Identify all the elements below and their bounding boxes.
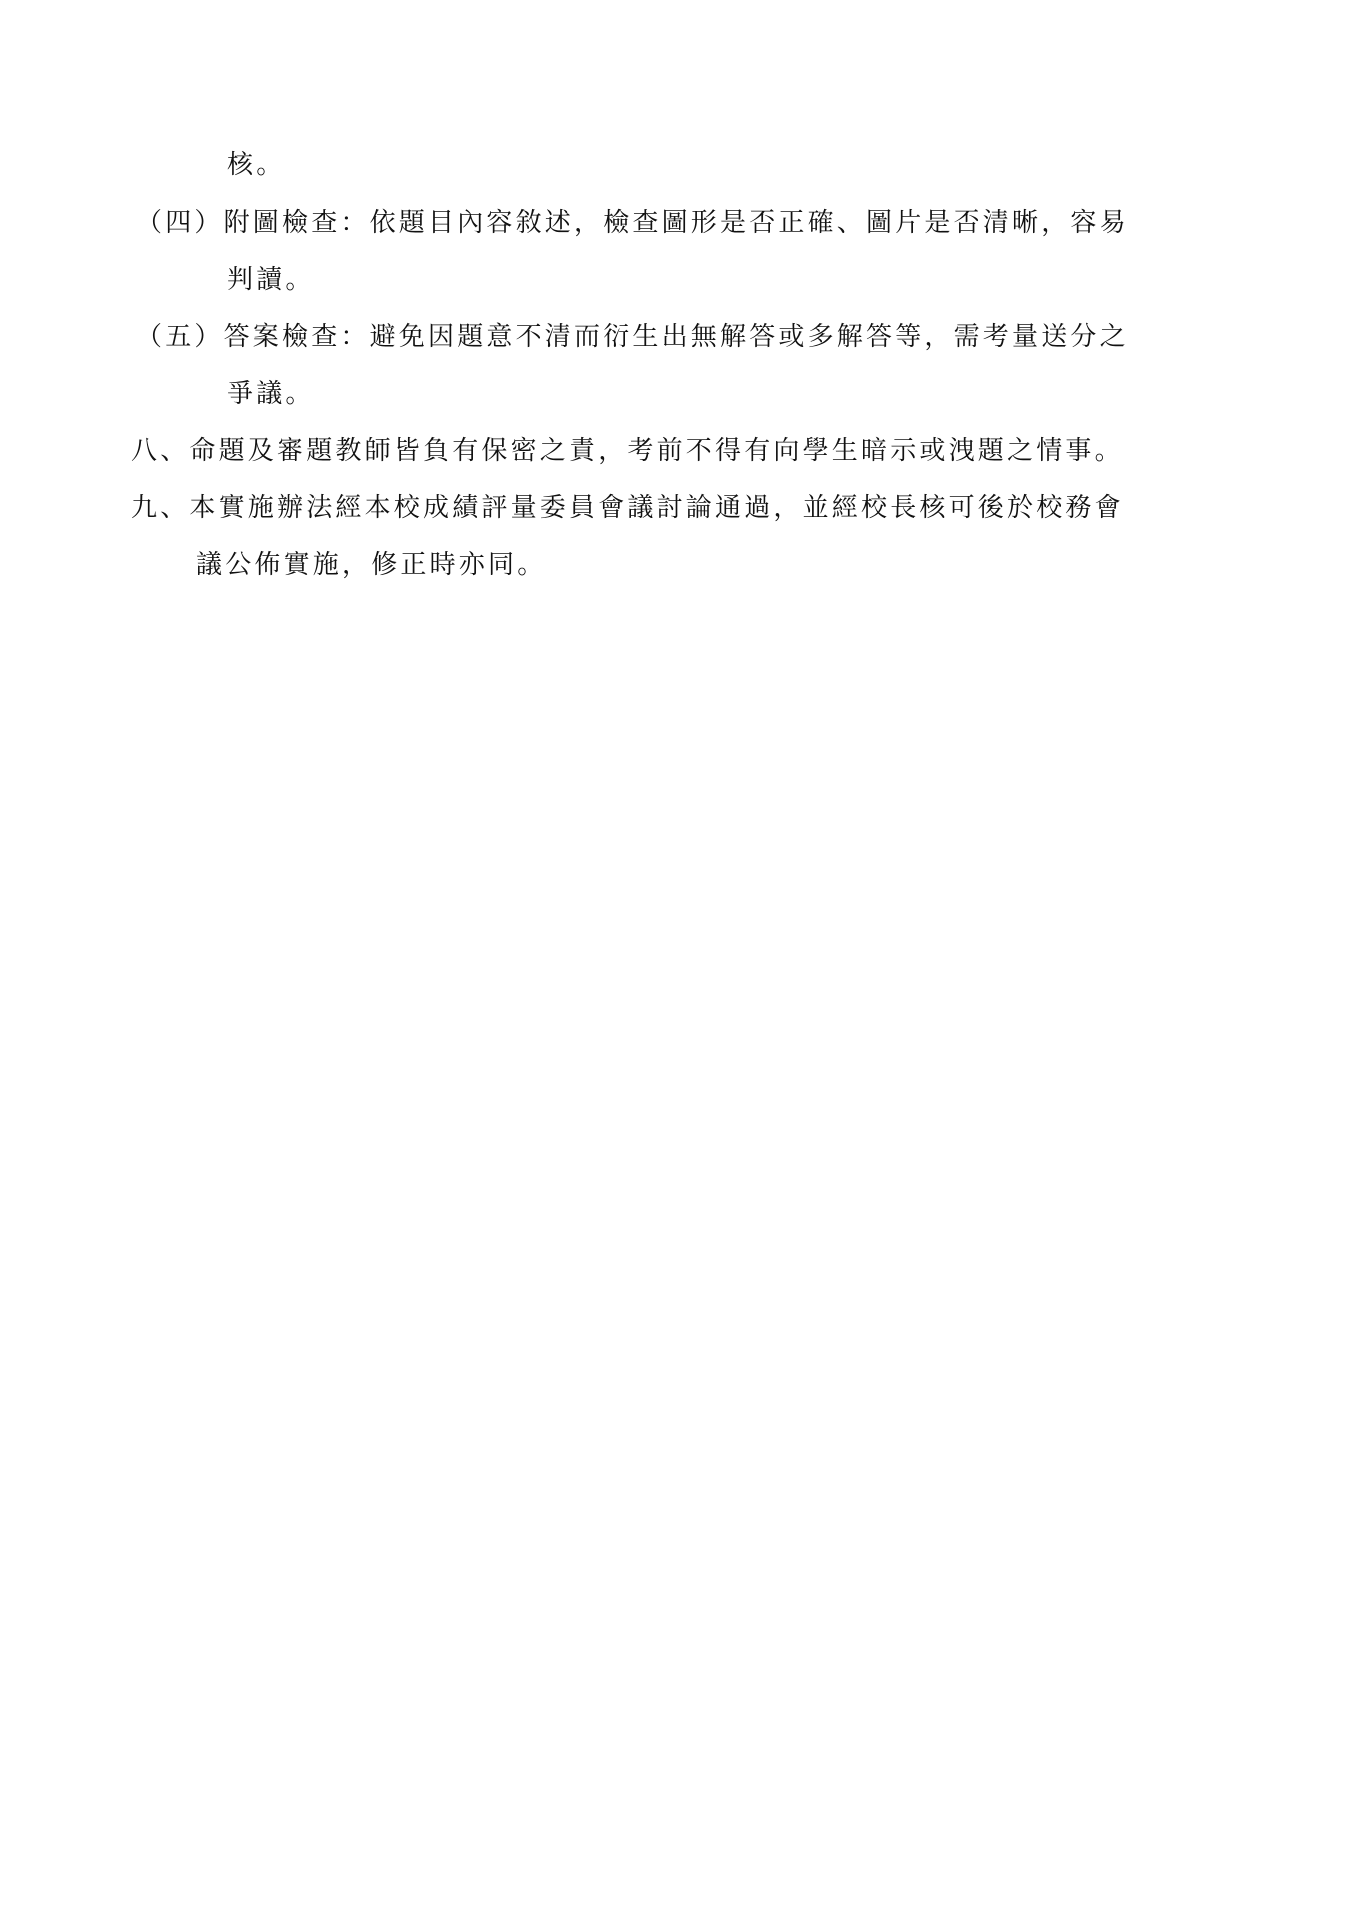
article-9-implementation: 九、本實施辦法經本校成績評量委員會議討論通過，並經校長核可後於校務會 [131, 491, 1124, 525]
item-7-4-figure-check: （四）附圖檢查：依題目內容敘述，檢查圖形是否正確、圖片是否清晰，容易 [136, 206, 1129, 240]
line-text: 本實施辦法經本校成績評量委員會議討論通過，並經校長核可後於校務會 [189, 493, 1123, 523]
article-marker: 八、 [131, 434, 189, 468]
line-text: 命題及審題教師皆負有保密之責，考前不得有向學生暗示或洩題之情事。 [189, 436, 1123, 466]
line-text: 議公佈實施，修正時亦同。 [196, 550, 546, 580]
document-page: 核。 （四）附圖檢查：依題目內容敘述，檢查圖形是否正確、圖片是否清晰，容易 判讀… [0, 0, 1358, 1920]
item-7-3-continuation: 核。 [227, 148, 285, 182]
line-text: 附圖檢查：依題目內容敘述，檢查圖形是否正確、圖片是否清晰，容易 [224, 208, 1129, 238]
article-marker: 九、 [131, 491, 189, 525]
line-text: 答案檢查：避免因題意不清而衍生出無解答或多解答等，需考量送分之 [224, 322, 1129, 352]
line-text: 判讀。 [227, 265, 315, 295]
item-7-5-continuation: 爭議。 [227, 377, 315, 411]
line-text: 核。 [227, 150, 285, 180]
item-marker: （五） [136, 320, 224, 354]
article-8-confidentiality: 八、命題及審題教師皆負有保密之責，考前不得有向學生暗示或洩題之情事。 [131, 434, 1124, 468]
line-text: 爭議。 [227, 379, 315, 409]
article-9-continuation: 議公佈實施，修正時亦同。 [196, 548, 546, 582]
item-marker: （四） [136, 206, 224, 240]
item-7-4-continuation: 判讀。 [227, 263, 315, 297]
item-7-5-answer-check: （五）答案檢查：避免因題意不清而衍生出無解答或多解答等，需考量送分之 [136, 320, 1129, 354]
